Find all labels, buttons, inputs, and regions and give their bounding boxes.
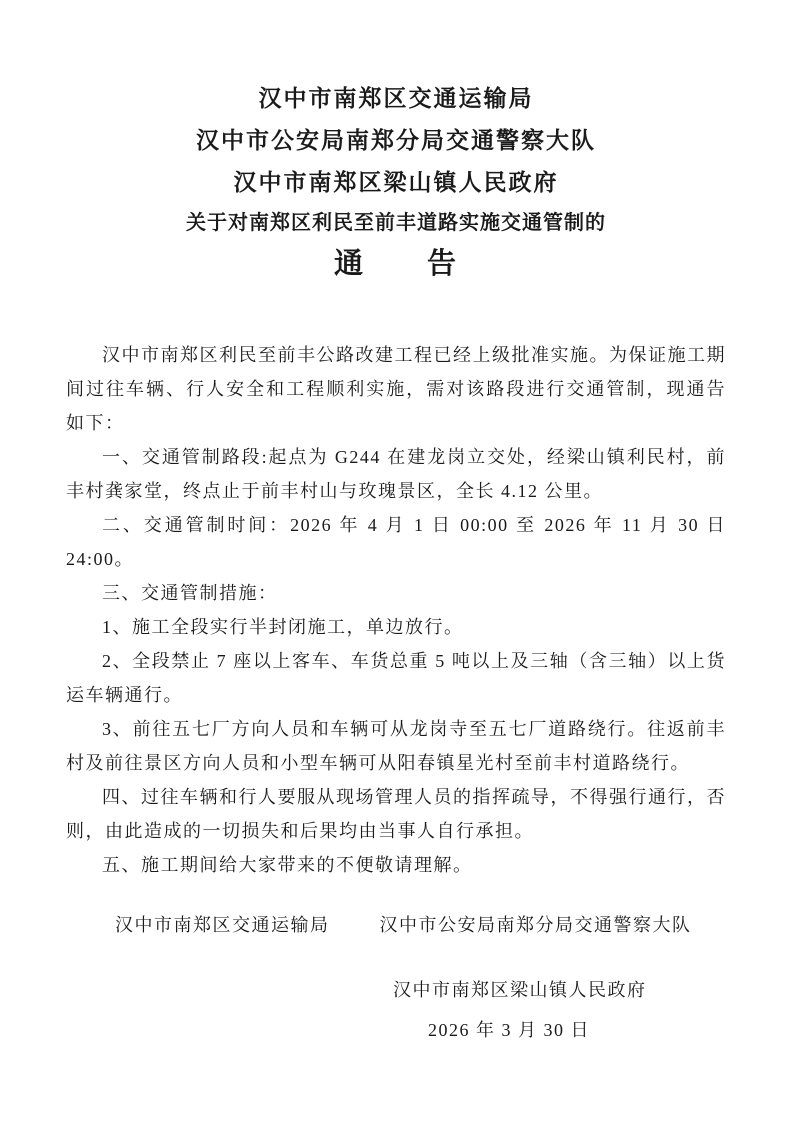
signature-date: 2026 年 3 月 30 日 [428, 1010, 726, 1050]
document-type-title: 通 告 [66, 242, 726, 286]
paragraph-measure-2: 2、全段禁止 7 座以上客车、车货总重 5 吨以上及三轴（含三轴）以上货运车辆通… [66, 644, 726, 712]
paragraph-section-5: 五、施工期间给大家带来的不便敬请理解。 [66, 848, 726, 882]
document-subject: 关于对南郑区利民至前丰道路实施交通管制的 [66, 204, 726, 242]
document-body: 汉中市南郑区利民至前丰公路改建工程已经上级批准实施。为保证施工期间过往车辆、行人… [66, 338, 726, 882]
signature-row: 汉中市南郑区交通运输局 汉中市公安局南郑分局交通警察大队 [66, 908, 726, 942]
document-header: 汉中市南郑区交通运输局 汉中市公安局南郑分局交通警察大队 汉中市南郑区梁山镇人民… [66, 78, 726, 286]
issuing-org-2: 汉中市公安局南郑分局交通警察大队 [66, 120, 726, 162]
issuing-org-1: 汉中市南郑区交通运输局 [66, 78, 726, 120]
paragraph-section-3: 三、交通管制措施： [66, 576, 726, 610]
paragraph-intro: 汉中市南郑区利民至前丰公路改建工程已经上级批准实施。为保证施工期间过往车辆、行人… [66, 338, 726, 440]
notice-document-page: 汉中市南郑区交通运输局 汉中市公安局南郑分局交通警察大队 汉中市南郑区梁山镇人民… [0, 0, 792, 1121]
issuing-org-3: 汉中市南郑区梁山镇人民政府 [66, 162, 726, 204]
paragraph-section-1: 一、交通管制路段:起点为 G244 在建龙岗立交处，经梁山镇利民村，前丰村龚家堂… [66, 440, 726, 508]
signature-left-org: 汉中市南郑区交通运输局 [115, 908, 330, 942]
signature-right-org: 汉中市公安局南郑分局交通警察大队 [380, 908, 692, 942]
paragraph-measure-1: 1、施工全段实行半封闭施工，单边放行。 [66, 610, 726, 644]
signature-bottom-org: 汉中市南郑区梁山镇人民政府 [393, 970, 726, 1010]
paragraph-measure-3: 3、前往五七厂方向人员和车辆可从龙岗寺至五七厂道路绕行。往返前丰村及前往景区方向… [66, 712, 726, 780]
signature-bottom-block: 汉中市南郑区梁山镇人民政府 2026 年 3 月 30 日 [66, 970, 726, 1050]
paragraph-section-2: 二、交通管制时间：2026 年 4 月 1 日 00:00 至 2026 年 1… [66, 508, 726, 576]
paragraph-section-4: 四、过往车辆和行人要服从现场管理人员的指挥疏导，不得强行通行，否则，由此造成的一… [66, 780, 726, 848]
